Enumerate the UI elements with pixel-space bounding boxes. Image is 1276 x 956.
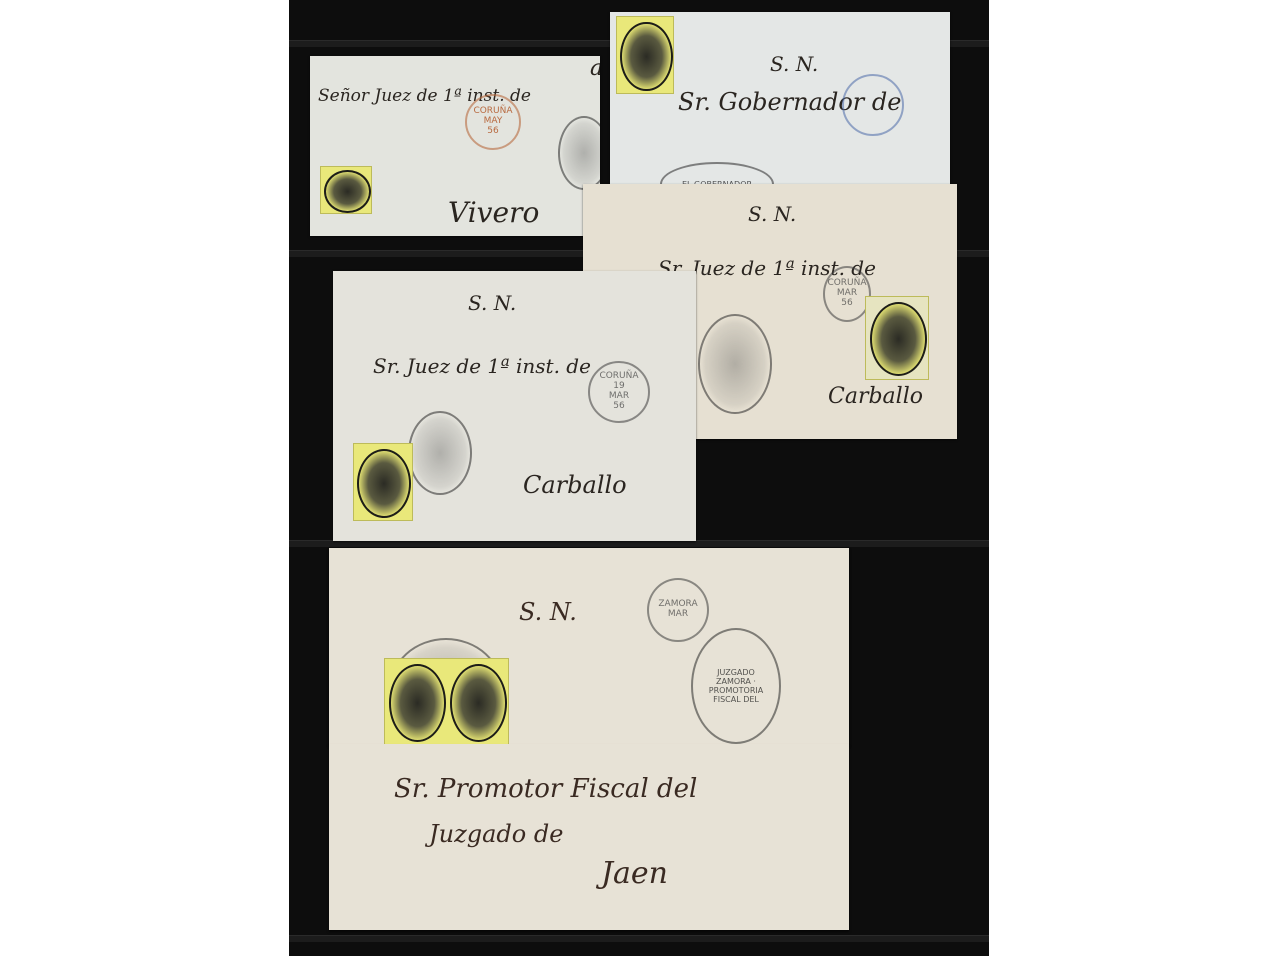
address-line: Sr. Juez de 1ª inst. de — [373, 354, 591, 378]
address-line: Jaen — [601, 856, 668, 891]
cover-jaen: S. N. ZAMORAMAR JUZGADO ZAMORA · PROMOTO… — [329, 548, 849, 746]
seal-stamp: EL GOBERNADOR — [660, 162, 774, 184]
cover-jaen-lower: Sr. Promotor Fiscal del Juzgado de Jaen — [329, 744, 849, 930]
postmark: CORUÑA19MAR56 — [588, 361, 650, 423]
seal-stamp: JUZGADO ZAMORA · PROMOTORIA FISCAL DEL — [691, 628, 781, 744]
address-line: Juzgado de — [429, 820, 563, 848]
address-line: S. N. — [770, 52, 818, 76]
album-strip — [289, 540, 989, 547]
cover-carballo-left: S. N. Sr. Juez de 1ª inst. de Carballo C… — [333, 271, 696, 541]
cover-vivero: a Señor Juez de 1ª inst. de Vivero CORUÑ… — [310, 56, 600, 236]
address-line: a — [590, 56, 600, 81]
stamp — [616, 16, 674, 94]
stamp — [446, 658, 509, 746]
address-line: S. N. — [519, 598, 577, 626]
seal-stamp — [558, 116, 600, 190]
postmark: ZAMORAMAR — [647, 578, 709, 642]
seal-stamp — [698, 314, 772, 414]
postmark: CORUÑAMAY56 — [465, 94, 521, 150]
address-line: S. N. — [748, 202, 796, 226]
stamp — [320, 166, 372, 214]
address-line: Sr. Promotor Fiscal del — [394, 774, 697, 804]
address-line: Carballo — [523, 471, 627, 499]
stamp — [865, 296, 929, 380]
address-line: Carballo — [828, 384, 923, 409]
album-strip — [289, 935, 989, 942]
address-line: Vivero — [448, 196, 539, 229]
postmark: CORUÑAMAR56 — [823, 266, 871, 322]
seal-stamp — [408, 411, 472, 495]
stamp — [384, 658, 448, 746]
stamp — [353, 443, 413, 521]
cover-gobernador: S. N. Sr. Gobernador de EL GOBERNADOR — [610, 12, 950, 184]
postmark — [842, 74, 904, 136]
address-line: S. N. — [468, 291, 516, 315]
